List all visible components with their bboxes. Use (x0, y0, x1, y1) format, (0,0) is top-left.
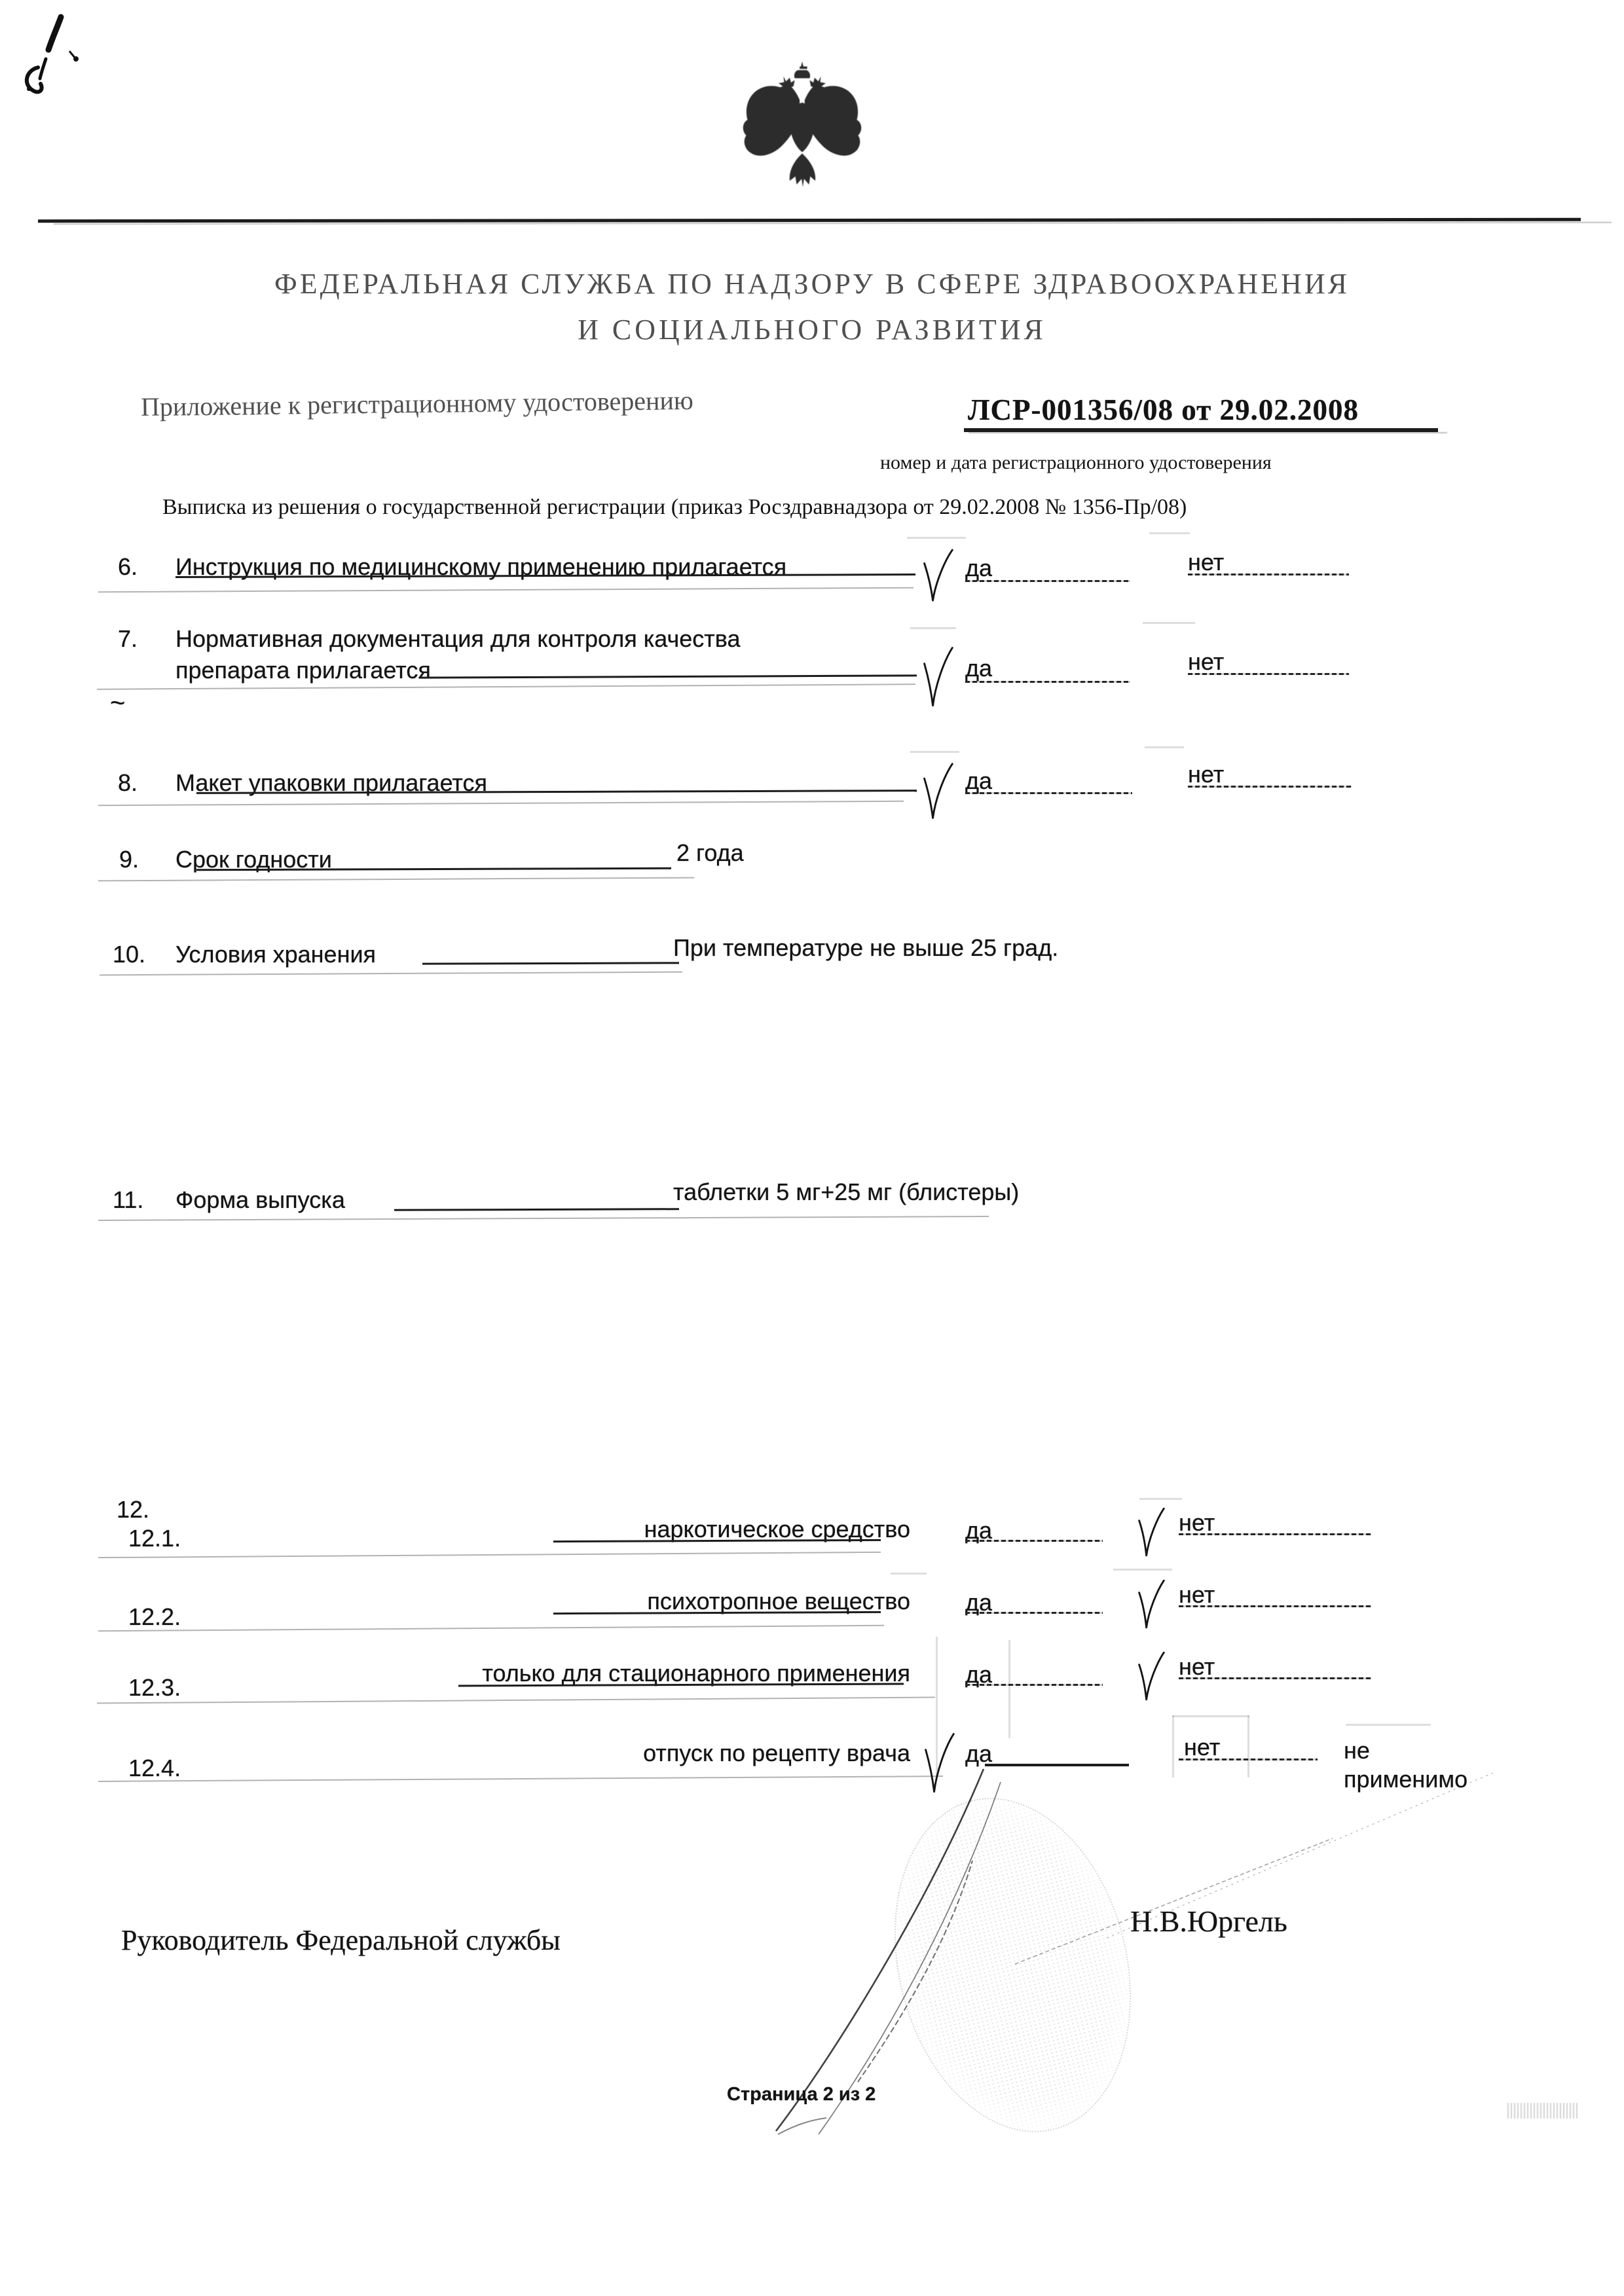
item-12-4-number: 12.4. (128, 1755, 181, 1782)
item-6-number: 6. (118, 553, 138, 581)
item-12-2-number: 12.2. (128, 1603, 181, 1631)
item-6-yes-underline (965, 580, 1130, 582)
item-11-label-underline (394, 1208, 679, 1211)
item-11-label: Форма выпуска (175, 1186, 345, 1214)
item-12-1-number: 12.1. (128, 1525, 181, 1552)
item-9-leader-line (98, 877, 694, 882)
item-8-no-label: нет (1188, 761, 1224, 788)
extract-statement: Выписка из решения о государственной рег… (162, 495, 1187, 520)
appendix-title: Приложение к регистрационному удостовере… (141, 385, 693, 422)
item-7-no-underline (1188, 673, 1349, 675)
item-6-checkmark-icon (921, 547, 955, 605)
item-12-1-leader-line (98, 1552, 881, 1558)
registration-number-caption: номер и дата регистрационного удостовере… (880, 452, 1272, 474)
item-8-checkmark-icon (921, 761, 955, 823)
item-12-1-no-underline (1179, 1533, 1371, 1535)
item-10-label-underline (422, 962, 679, 964)
item-7-no-label: нет (1188, 648, 1224, 676)
item-7-yes-underline (965, 681, 1130, 683)
document-page: ФЕДЕРАЛЬНАЯ СЛУЖБА ПО НАДЗОРУ В СФЕРЕ ЗД… (0, 0, 1624, 2296)
item-12-2-leader-line (98, 1625, 884, 1631)
item-7-yes-label: да (965, 655, 992, 682)
item-7-leader-line (97, 683, 915, 690)
form-field-artifact (910, 627, 956, 629)
print-artifact (1507, 2103, 1578, 2119)
item-7-label-line2: препарата прилагается (175, 657, 431, 684)
form-field-artifact (1149, 532, 1190, 534)
agency-name-line2: И СОЦИАЛЬНОГО РАЗВИТИЯ (92, 313, 1532, 346)
registration-number: ЛСР-001356/08 от 29.02.2008 (968, 393, 1359, 427)
item-8-leader-line (98, 801, 904, 806)
agency-name-line1: ФЕДЕРАЛЬНАЯ СЛУЖБА ПО НАДЗОРУ В СФЕРЕ ЗД… (92, 267, 1532, 301)
item-12-1-yes-underline (965, 1540, 1103, 1542)
form-field-artifact (907, 537, 966, 539)
letterhead-rule (38, 218, 1581, 223)
registration-number-underline (964, 428, 1438, 432)
item-6-no-underline (1188, 574, 1349, 575)
item-7-note: ~ (110, 689, 125, 718)
item-12-number: 12. (117, 1496, 149, 1523)
item-8-no-underline (1188, 786, 1352, 788)
item-12-3-no-label: нет (1179, 1653, 1215, 1681)
form-field-artifact (910, 751, 959, 753)
item-7-number: 7. (118, 625, 138, 653)
form-field-artifact (1346, 1724, 1431, 1726)
item-8-yes-label: да (965, 767, 992, 795)
item-9-number: 9. (119, 846, 139, 873)
item-12-3-checkmark-icon (1136, 1650, 1166, 1704)
item-12-2-checkmark-icon (1136, 1578, 1166, 1631)
item-6-no-label: нет (1188, 549, 1224, 576)
item-12-2-no-underline (1179, 1605, 1371, 1607)
item-12-2-yes-underline (965, 1612, 1103, 1614)
item-6-leader-line (98, 587, 913, 593)
form-field-artifact (1143, 622, 1195, 624)
item-10-number: 10. (113, 941, 145, 968)
coat-of-arms-icon (740, 60, 864, 194)
page-indicator: Страница 2 из 2 (727, 2084, 876, 2105)
item-12-1-checkmark-icon (1136, 1506, 1166, 1559)
item-12-3-number: 12.3. (128, 1674, 181, 1702)
item-12-3-leader-line (97, 1697, 935, 1704)
item-10-value: При температуре не выше 25 град. (673, 934, 1058, 962)
item-12-3-no-underline (1179, 1677, 1371, 1679)
item-11-value: таблетки 5 мг+25 мг (блистеры) (673, 1178, 1019, 1206)
item-11-leader-line (98, 1216, 989, 1221)
item-9-value: 2 года (676, 839, 744, 867)
item-7-label-line1: Нормативная документация для контроля ка… (175, 625, 741, 653)
form-field-artifact (1113, 1569, 1172, 1571)
item-12-1-no-label: нет (1179, 1509, 1215, 1537)
item-10-leader-line (100, 972, 682, 976)
item-11-number: 11. (113, 1186, 143, 1214)
form-field-artifact (1008, 1640, 1010, 1738)
form-field-artifact (1139, 1498, 1182, 1500)
pen-scribble (12, 5, 110, 103)
item-12-3-yes-underline (965, 1684, 1103, 1686)
form-field-artifact (891, 1573, 927, 1575)
item-8-yes-underline (965, 792, 1132, 794)
signatory-role: Руководитель Федеральной службы (121, 1923, 561, 1957)
signatory-name: Н.В.Юргель (1130, 1904, 1287, 1939)
item-8-number: 8. (118, 769, 138, 797)
item-10-label: Условия хранения (175, 941, 376, 968)
item-12-2-no-label: нет (1179, 1581, 1215, 1609)
item-6-yes-label: да (965, 555, 992, 582)
item-7-label-underline (419, 674, 917, 678)
form-field-artifact (1172, 1715, 1249, 1717)
item-7-checkmark-icon (921, 645, 955, 710)
form-field-artifact (1145, 746, 1184, 748)
